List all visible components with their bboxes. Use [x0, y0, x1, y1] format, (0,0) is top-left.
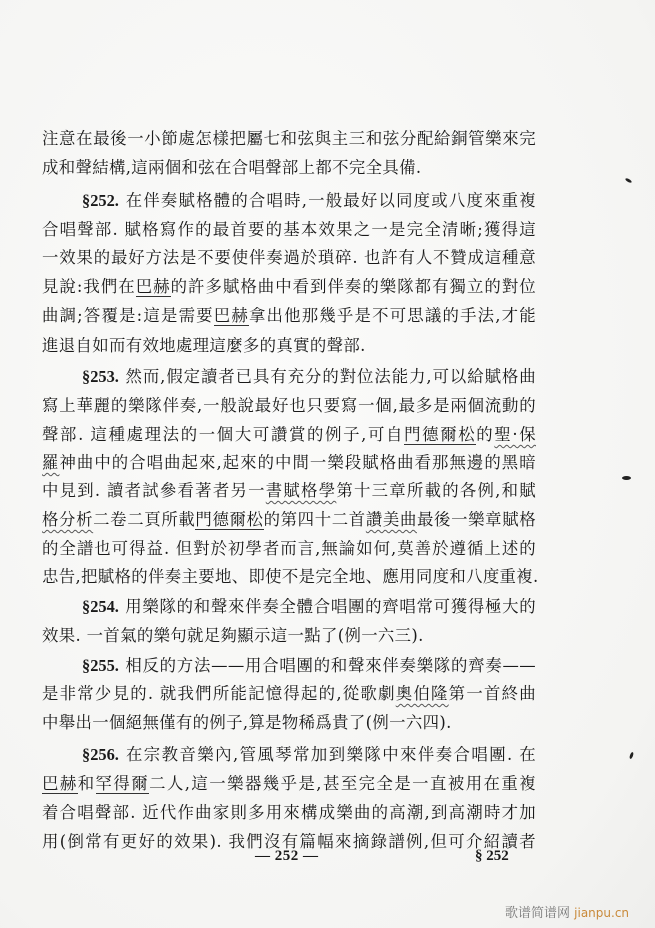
- text-run: 着合唱聲部. 近代作曲家則多用來構成樂曲的高潮,到高潮時才加: [42, 803, 536, 822]
- text-run: 相反的方法——用合唱團的和聲來伴奏樂隊的齊奏——: [125, 656, 536, 675]
- scan-speck: [622, 476, 631, 480]
- text-line: 的全譜也可得益. 但對於初學者而言,無論如何,莫善於遵循上述的: [42, 538, 536, 560]
- text-run: 的全譜也可得益. 但對於初學者而言,無論如何,莫善於遵循上述的: [42, 539, 536, 558]
- watermark: 歌谱简谱网 jianpu.cn: [505, 902, 629, 921]
- proper-name: 門德爾松: [404, 425, 476, 445]
- paragraph-start-line: §255.相反的方法——用合唱團的和聲來伴奏樂隊的齊奏——: [82, 655, 536, 677]
- text-line: 是非常少見的. 就我們所能記憶得起的,從歌劇奧伯隆第一首終曲: [42, 683, 536, 705]
- text-run: 寫上華麗的樂隊伴奏,一般說最好也只要寫一個,最多是兩個流動的: [42, 396, 536, 415]
- text-line: 聲部. 這種處理法的一個大可讚賞的例子,可自門德爾松的聖·保: [42, 424, 536, 446]
- work-title: 聖·保: [494, 425, 536, 444]
- text-line: 中舉出一個絕無僅有的例子,算是物稀爲貴了(例一六四).: [42, 712, 536, 734]
- text-run: 然而,假定讀者已具有充分的對位法能力,可以給賦格曲: [125, 367, 536, 386]
- work-title: 羅: [42, 453, 59, 472]
- text-line: 格分析二卷二頁所載門德爾松的第四十二首讚美曲最後一樂章賦格: [42, 509, 536, 531]
- proper-name: 巴赫: [214, 306, 249, 326]
- section-number: §256.: [82, 745, 119, 764]
- text-run: 的第四十二首: [264, 510, 366, 529]
- text-run: 二卷二頁所載: [93, 510, 195, 529]
- work-title: 奧伯隆: [396, 684, 449, 703]
- text-run: 神曲中的合唱曲起來,起來的中間一樂段賦格曲看那無邊的黑暗: [59, 453, 536, 472]
- text-run: 第十三章所載的各例,和賦: [336, 481, 536, 500]
- paragraph-start-line: §256.在宗教音樂內,管風琴常加到樂隊中來伴奏合唱團. 在: [82, 744, 536, 766]
- text-run: 中見到. 讀者試參看著者另一: [42, 481, 266, 500]
- text-run: 是非常少見的. 就我們所能記憶得起的,從歌劇: [42, 684, 396, 703]
- text-run: 合唱聲部. 賦格寫作的最首要的基本效果之一是完全清晰;獲得這: [42, 220, 536, 239]
- text-line: 效果. 一首氣的樂句就足夠顯示這一點了(例一六三).: [42, 625, 536, 647]
- work-title: 讚美曲: [366, 510, 417, 529]
- paragraph-start-line: §254.用樂隊的和聲來伴奏全體合唱團的齊唱常可獲得極大的: [82, 596, 536, 618]
- book-page: 注意在最後一小節處怎樣把屬七和弦與主三和弦分配給銅管樂來完成和聲結構,這兩個和弦…: [0, 0, 655, 928]
- text-run: 第一首終曲: [449, 684, 536, 703]
- text-run: 二人,這一樂器幾乎是,甚至完全是一直被用在重複: [149, 774, 536, 793]
- text-run: 用樂隊的和聲來伴奏全體合唱團的齊唱常可獲得極大的: [125, 597, 536, 616]
- proper-name: 罕得爾: [96, 774, 150, 794]
- scan-speck: [629, 752, 634, 760]
- paragraph-start-line: §252.在伴奏賦格體的合唱時,一般最好以同度或八度來重複: [82, 190, 536, 212]
- text-line: 見說:我們在巴赫的許多賦格曲中看到伴奏的樂隊都有獨立的對位: [42, 276, 536, 298]
- text-run: 忠告,把賦格的伴奏主要地、即使不是完全地、應用同度和八度重複.: [42, 567, 539, 586]
- text-line: 羅神曲中的合唱曲起來,起來的中間一樂段賦格曲看那無邊的黑暗: [42, 452, 536, 474]
- watermark-url: jianpu.cn: [574, 906, 629, 920]
- text-line: 曲調;答覆是:這是需要巴赫拿出他那幾乎是不可思議的手法,才能: [42, 305, 536, 327]
- work-title: 格分析: [42, 510, 93, 529]
- text-line: 忠告,把賦格的伴奏主要地、即使不是完全地、應用同度和八度重複.: [42, 566, 536, 588]
- text-run: 曲調;答覆是:這是需要: [42, 306, 214, 325]
- text-run: 中舉出一個絕無僅有的例子,算是物稀爲貴了(例一六四).: [42, 713, 452, 732]
- text-run: 和: [78, 774, 96, 793]
- text-line: 巴赫和罕得爾二人,這一樂器幾乎是,甚至完全是一直被用在重複: [42, 773, 536, 795]
- text-run: 的: [476, 425, 494, 444]
- text-line: 寫上華麗的樂隊伴奏,一般說最好也只要寫一個,最多是兩個流動的: [42, 395, 536, 417]
- text-line: 中見到. 讀者試參看著者另一書賦格學第十三章所載的各例,和賦: [42, 480, 536, 502]
- paragraph-start-line: §253.然而,假定讀者已具有充分的對位法能力,可以給賦格曲: [82, 366, 536, 388]
- text-line: 注意在最後一小節處怎樣把屬七和弦與主三和弦分配給銅管樂來完: [42, 128, 536, 150]
- scan-speck: [625, 177, 633, 183]
- text-line: 進退自如而有效地處理這麼多的真實的聲部.: [42, 335, 536, 357]
- text-run: 最後一樂章賦格: [417, 510, 536, 529]
- section-number: §254.: [82, 597, 119, 616]
- watermark-site-name: 歌谱简谱网: [505, 906, 570, 921]
- text-run: 注意在最後一小節處怎樣把屬七和弦與主三和弦分配給銅管樂來完: [42, 129, 536, 148]
- text-run: 見說:我們在: [42, 277, 136, 296]
- section-reference: § 252: [475, 848, 509, 865]
- text-line: 成和聲結構,這兩個和弦在合唱聲部上都不完全具備.: [42, 157, 536, 179]
- text-line: 一效果的最好方法是不要使伴奏過於瑣碎. 也許有人不贊成這種意: [42, 247, 536, 269]
- section-number: §252.: [82, 191, 119, 210]
- work-title: 書賦格學: [266, 481, 337, 500]
- text-run: 進退自如而有效地處理這麼多的真實的聲部.: [42, 336, 366, 355]
- text-line: 着合唱聲部. 近代作曲家則多用來構成樂曲的高潮,到高潮時才加: [42, 802, 536, 824]
- proper-name: 巴赫: [42, 774, 78, 794]
- text-run: 聲部. 這種處理法的一個大可讚賞的例子,可自: [42, 425, 404, 444]
- proper-name: 門德爾松: [195, 510, 263, 530]
- section-number: §253.: [82, 367, 119, 386]
- text-line: 合唱聲部. 賦格寫作的最首要的基本效果之一是完全清晰;獲得這: [42, 219, 536, 241]
- text-run: 一效果的最好方法是不要使伴奏過於瑣碎. 也許有人不贊成這種意: [42, 248, 536, 267]
- text-run: 拿出他那幾乎是不可思議的手法,才能: [249, 306, 536, 325]
- proper-name: 巴赫: [136, 277, 171, 297]
- page-number: — 252 —: [255, 848, 319, 865]
- text-run: 成和聲結構,這兩個和弦在合唱聲部上都不完全具備.: [42, 158, 421, 177]
- text-run: 效果. 一首氣的樂句就足夠顯示這一點了(例一六三).: [42, 626, 424, 645]
- section-number: §255.: [82, 656, 119, 675]
- text-run: 的許多賦格曲中看到伴奏的樂隊都有獨立的對位: [171, 277, 536, 296]
- text-run: 在宗教音樂內,管風琴常加到樂隊中來伴奏合唱團. 在: [125, 745, 536, 764]
- text-run: 在伴奏賦格體的合唱時,一般最好以同度或八度來重複: [125, 191, 536, 210]
